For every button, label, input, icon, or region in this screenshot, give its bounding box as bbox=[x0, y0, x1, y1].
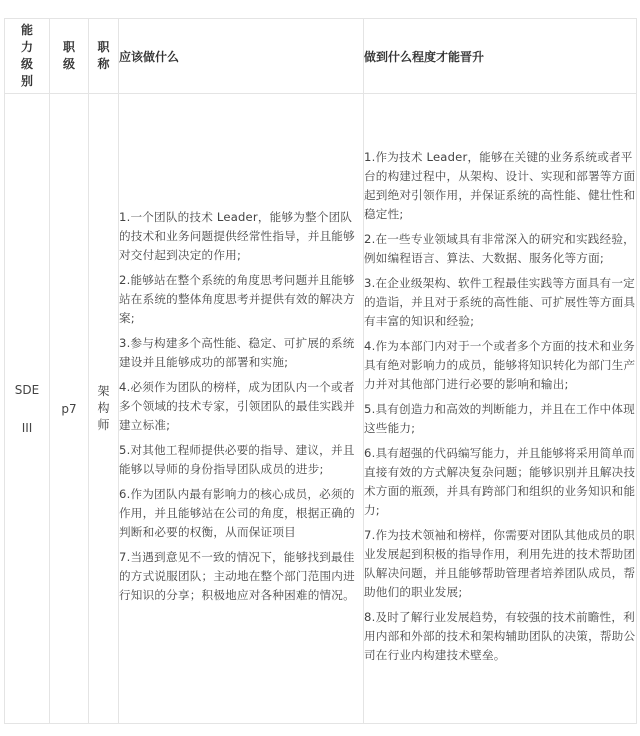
cell-ability-level: SDE III bbox=[5, 94, 50, 724]
should-do-item: 6.作为团队内最有影响力的核心成员，必须的作用，并且能够站在公司的角度，根据正确… bbox=[119, 485, 363, 542]
header-job-title: 职称 bbox=[89, 19, 119, 94]
table-row: SDE III p7 架构师 1.一个团队的技术 Leader，能够为整个团队的… bbox=[5, 94, 637, 724]
should-do-item: 7.当遇到意见不一致的情况下，能够找到最佳的方式说服团队；主动地在整个部门范围内… bbox=[119, 548, 363, 605]
promotion-criteria-item: 3.在企业级架构、软件工程最佳实践等方面具有一定的造诣，并且对于系统的高性能、可… bbox=[364, 274, 636, 331]
ability-level-line2: III bbox=[5, 419, 49, 437]
promotion-criteria-item: 6.具有超强的代码编写能力，并且能够将采用简单而直接有效的方式解决复杂问题；能够… bbox=[364, 444, 636, 520]
job-grade-text: p7 bbox=[61, 402, 76, 416]
promotion-criteria-item: 4.作为本部门内对于一个或者多个方面的技术和业务具有绝对影响力的成员，能够将知识… bbox=[364, 337, 636, 394]
promotion-criteria-item: 1.作为技术 Leader，能够在关键的业务系统或者平台的构建过程中，从架构、设… bbox=[364, 148, 636, 224]
header-promotion-criteria: 做到什么程度才能晋升 bbox=[364, 19, 637, 94]
header-job-grade-text: 职级 bbox=[63, 39, 76, 73]
should-do-item: 1.一个团队的技术 Leader，能够为整个团队的技术和业务问题提供经常性指导，… bbox=[119, 208, 363, 265]
cell-promotion-criteria: 1.作为技术 Leader，能够在关键的业务系统或者平台的构建过程中，从架构、设… bbox=[364, 94, 637, 724]
career-level-table: 能力级别 职级 职称 应该做什么 做到什么程度才能晋升 SDE III p7 架… bbox=[4, 18, 637, 724]
header-should-do: 应该做什么 bbox=[119, 19, 364, 94]
should-do-item: 2.能够站在整个系统的角度思考问题并且能够站在系统的整体角度思考并提供有效的解决… bbox=[119, 271, 363, 328]
promotion-criteria-item: 7.作为技术领袖和榜样，你需要对团队其他成员的职业发展起到积极的指导作用，利用先… bbox=[364, 526, 636, 602]
ability-level-line1: SDE bbox=[5, 381, 49, 399]
header-row: 能力级别 职级 职称 应该做什么 做到什么程度才能晋升 bbox=[5, 19, 637, 94]
promotion-criteria-item: 5.具有创造力和高效的判断能力，并且在工作中体现这些能力; bbox=[364, 400, 636, 438]
should-do-item: 5.对其他工程师提供必要的指导、建议，并且能够以导师的身份指导团队成员的进步; bbox=[119, 441, 363, 479]
job-title-text: 架构师 bbox=[97, 383, 110, 434]
header-ability-level: 能力级别 bbox=[5, 19, 50, 94]
promotion-criteria-item: 8.及时了解行业发展趋势，有较强的技术前瞻性，利用内部和外部的技术和架构辅助团队… bbox=[364, 608, 636, 665]
header-job-title-text: 职称 bbox=[97, 39, 110, 73]
cell-job-title: 架构师 bbox=[89, 94, 119, 724]
should-do-item: 3.参与构建多个高性能、稳定、可扩展的系统建设并且能够成功的部署和实施; bbox=[119, 334, 363, 372]
cell-job-grade: p7 bbox=[50, 94, 89, 724]
header-ability-level-text: 能力级别 bbox=[21, 22, 34, 90]
header-job-grade: 职级 bbox=[50, 19, 89, 94]
should-do-item: 4.必须作为团队的榜样，成为团队内一个或者多个领域的技术专家，引领团队的最佳实践… bbox=[119, 378, 363, 435]
promotion-criteria-item: 2.在一些专业领域具有非常深入的研究和实践经验，例如编程语言、算法、大数据、服务… bbox=[364, 230, 636, 268]
cell-should-do: 1.一个团队的技术 Leader，能够为整个团队的技术和业务问题提供经常性指导，… bbox=[119, 94, 364, 724]
